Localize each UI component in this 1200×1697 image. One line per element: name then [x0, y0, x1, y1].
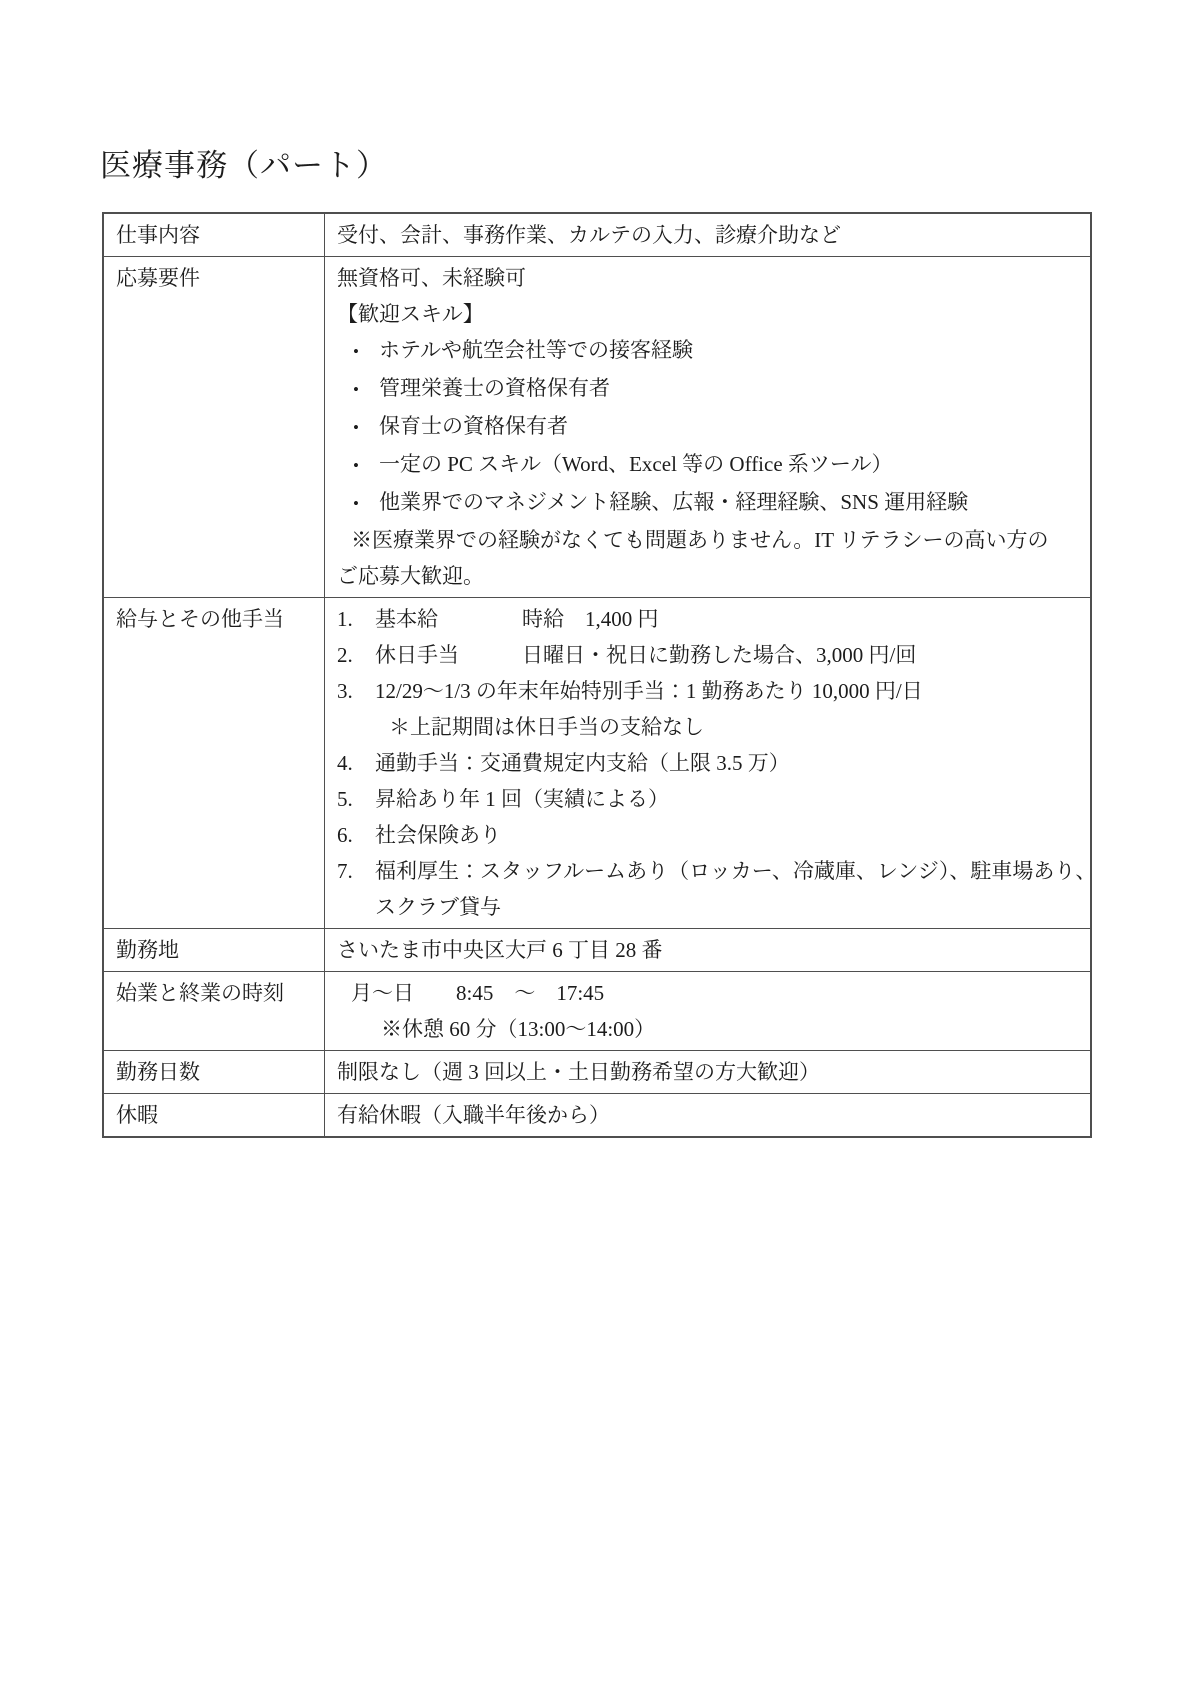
row-value-salary: 1. 基本給 時給 1,400 円 2. 休日手当 日曜日・祝日に勤務した場合、…	[325, 598, 1092, 929]
table-row-location: 勤務地 さいたま市中央区大戸 6 丁目 28 番	[103, 929, 1091, 972]
row-label-requirements: 応募要件	[103, 257, 325, 598]
row-value-requirements: 無資格可、未経験可 【歓迎スキル】 • ホテルや航空会社等での接客経験 • 管理…	[325, 257, 1092, 598]
item-number: 6.	[337, 817, 375, 853]
item-text: 12/29～1/3 の年末年始特別手当：1 勤務あたり 10,000 円/日	[375, 673, 923, 709]
row-value-vacation: 有給休暇（入職半年後から）	[325, 1094, 1092, 1138]
requirements-note: ※医療業界での経験がなくても問題ありません。IT リテラシーの高い方の	[337, 522, 1080, 558]
row-value-location: さいたま市中央区大戸 6 丁目 28 番	[325, 929, 1092, 972]
list-item: 1. 基本給 時給 1,400 円	[337, 601, 1080, 637]
page-title: 医療事務（パート）	[100, 140, 388, 185]
item-text: 通勤手当：交通費規定内支給（上限 3.5 万）	[375, 745, 790, 781]
item-text: 福利厚生：スタッフルームあり（ロッカー、冷蔵庫、レンジ）、駐車場あり、	[375, 853, 1096, 889]
item-text: 休日手当 日曜日・祝日に勤務した場合、3,000 円/回	[375, 637, 916, 673]
list-item: • 管理栄養士の資格保有者	[337, 370, 1080, 408]
table-row-hours: 始業と終業の時刻 月～日 8:45 ～ 17:45 ※休憩 60 分（13:00…	[103, 972, 1091, 1051]
row-value-job: 受付、会計、事務作業、カルテの入力、診療介助など	[325, 213, 1092, 257]
vacation-text: 有給休暇（入職半年後から）	[337, 1097, 1080, 1133]
bullet-text: 管理栄養士の資格保有者	[379, 370, 610, 406]
list-item: 4. 通勤手当：交通費規定内支給（上限 3.5 万）	[337, 745, 1080, 781]
row-label-location: 勤務地	[103, 929, 325, 972]
list-item: • 他業界でのマネジメント経験、広報・経理経験、SNS 運用経験	[337, 484, 1080, 522]
item-text: 昇給あり年 1 回（実績による）	[375, 781, 669, 817]
bullet-text: 保育士の資格保有者	[379, 408, 568, 444]
row-label-hours: 始業と終業の時刻	[103, 972, 325, 1051]
row-label-vacation: 休暇	[103, 1094, 325, 1138]
bullet-icon: •	[353, 410, 379, 446]
document-page: 医療事務（パート） 仕事内容 受付、会計、事務作業、カルテの入力、診療介助など …	[0, 0, 1200, 1697]
row-label-salary: 給与とその他手当	[103, 598, 325, 929]
table-row-requirements: 応募要件 無資格可、未経験可 【歓迎スキル】 • ホテルや航空会社等での接客経験…	[103, 257, 1091, 598]
table-row-vacation: 休暇 有給休暇（入職半年後から）	[103, 1094, 1091, 1138]
table-row-job: 仕事内容 受付、会計、事務作業、カルテの入力、診療介助など	[103, 213, 1091, 257]
item-number: 7.	[337, 853, 375, 889]
item-number: 5.	[337, 781, 375, 817]
list-item: 5. 昇給あり年 1 回（実績による）	[337, 781, 1080, 817]
bullet-icon: •	[353, 372, 379, 408]
row-value-days: 制限なし（週 3 回以上・土日勤務希望の方大歓迎）	[325, 1051, 1092, 1094]
hours-break-note: ※休憩 60 分（13:00～14:00）	[337, 1011, 1080, 1047]
list-item: • ホテルや航空会社等での接客経験	[337, 332, 1080, 370]
list-item: 7. 福利厚生：スタッフルームあり（ロッカー、冷蔵庫、レンジ）、駐車場あり、	[337, 853, 1080, 889]
requirements-line: 無資格可、未経験可	[337, 260, 1080, 296]
list-item: • 一定の PC スキル（Word、Excel 等の Office 系ツール）	[337, 446, 1080, 484]
bullet-icon: •	[353, 486, 379, 522]
bullet-text: 一定の PC スキル（Word、Excel 等の Office 系ツール）	[379, 446, 893, 482]
row-value-hours: 月～日 8:45 ～ 17:45 ※休憩 60 分（13:00～14:00）	[325, 972, 1092, 1051]
bullet-icon: •	[353, 448, 379, 484]
item-text-continued: スクラブ貸与	[337, 889, 1080, 925]
bullet-text: ホテルや航空会社等での接客経験	[379, 332, 693, 368]
item-subnote: ＊上記期間は休日手当の支給なし	[337, 709, 1080, 745]
item-text: 基本給 時給 1,400 円	[375, 601, 659, 637]
requirements-heading: 【歓迎スキル】	[337, 296, 1080, 332]
item-number: 2.	[337, 637, 375, 673]
location-text: さいたま市中央区大戸 6 丁目 28 番	[337, 932, 1080, 968]
list-item: 3. 12/29～1/3 の年末年始特別手当：1 勤務あたり 10,000 円/…	[337, 673, 1080, 709]
table-row-days: 勤務日数 制限なし（週 3 回以上・土日勤務希望の方大歓迎）	[103, 1051, 1091, 1094]
bullet-icon: •	[353, 334, 379, 370]
item-number: 3.	[337, 673, 375, 709]
job-posting-table: 仕事内容 受付、会計、事務作業、カルテの入力、診療介助など 応募要件 無資格可、…	[102, 212, 1092, 1138]
table-row-salary: 給与とその他手当 1. 基本給 時給 1,400 円 2. 休日手当 日曜日・祝…	[103, 598, 1091, 929]
item-number: 4.	[337, 745, 375, 781]
list-item: • 保育士の資格保有者	[337, 408, 1080, 446]
list-item: 2. 休日手当 日曜日・祝日に勤務した場合、3,000 円/回	[337, 637, 1080, 673]
row-label-days: 勤務日数	[103, 1051, 325, 1094]
bullet-text: 他業界でのマネジメント経験、広報・経理経験、SNS 運用経験	[379, 484, 968, 520]
hours-schedule: 月～日 8:45 ～ 17:45	[337, 975, 1080, 1011]
days-text: 制限なし（週 3 回以上・土日勤務希望の方大歓迎）	[337, 1054, 1080, 1090]
row-label-job: 仕事内容	[103, 213, 325, 257]
list-item: 6. 社会保険あり	[337, 817, 1080, 853]
requirements-note-continued: ご応募大歓迎。	[337, 558, 1080, 594]
item-number: 1.	[337, 601, 375, 637]
job-text: 受付、会計、事務作業、カルテの入力、診療介助など	[337, 217, 1080, 253]
item-text: 社会保険あり	[375, 817, 501, 853]
